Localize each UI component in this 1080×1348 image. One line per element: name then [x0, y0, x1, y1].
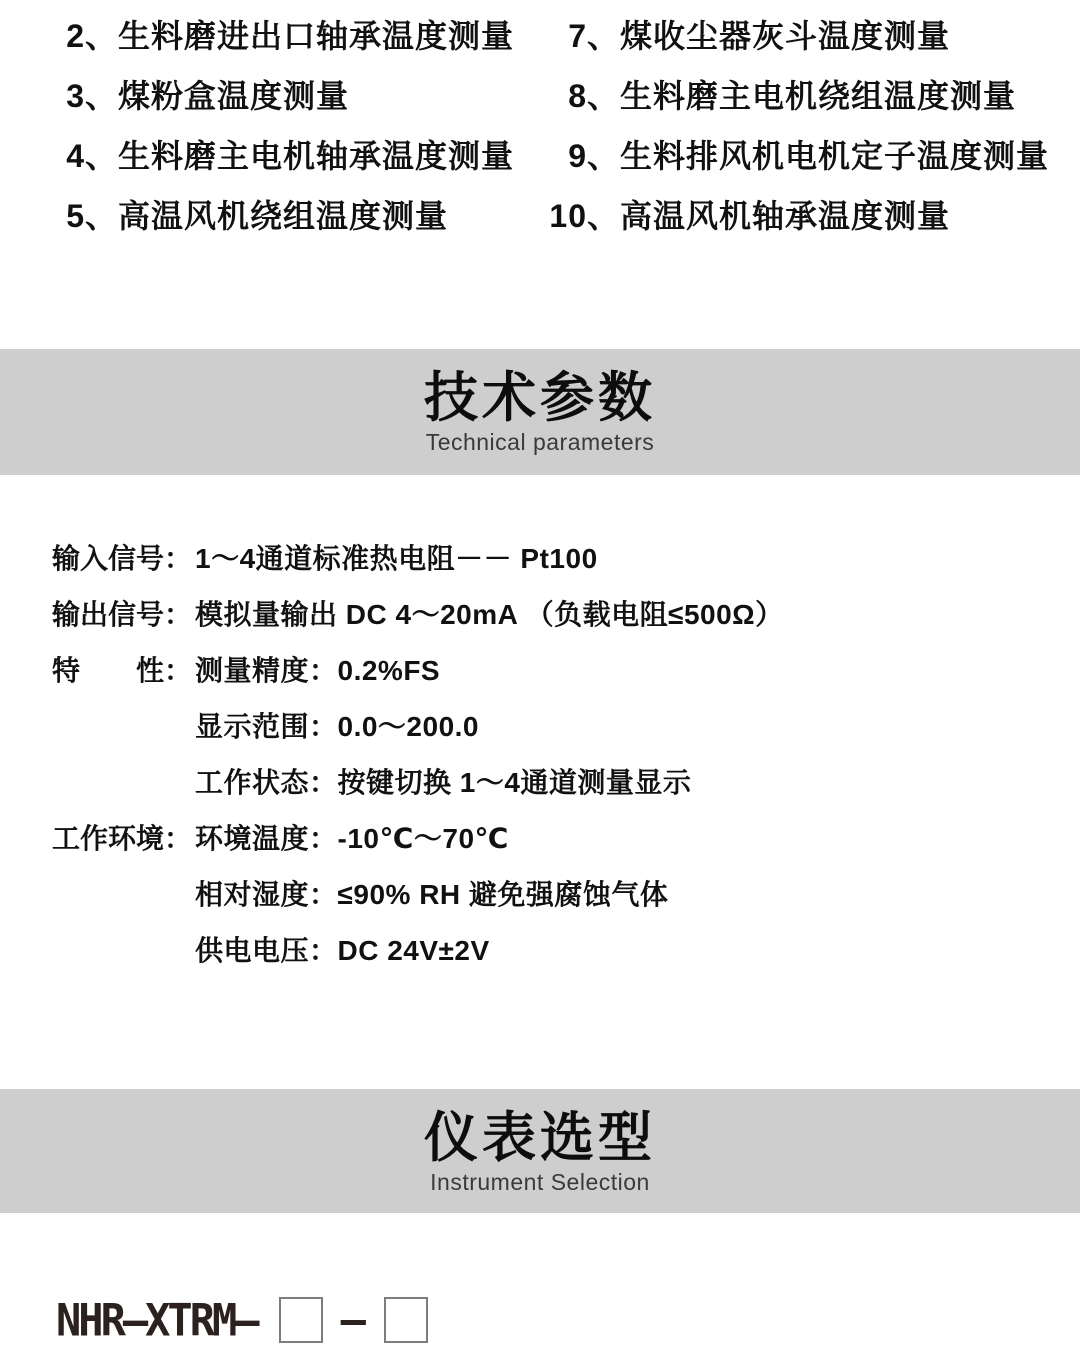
model-prefix: NHR—XTRM—	[56, 1294, 257, 1345]
spec-value: 工作状态：按键切换 1～4通道测量显示	[195, 761, 691, 801]
application-item: 2、 生料磨进出口轴承温度测量	[0, 4, 540, 64]
spec-row: 显示范围：0.0～200.0	[52, 697, 1080, 753]
application-item: 3、 煤粉盒温度测量	[0, 64, 540, 124]
application-item: 5、 高温风机绕组温度测量	[0, 184, 540, 244]
spec-row: 特 性： 测量精度：0.2%FS	[52, 641, 1080, 697]
spec-value: 1～4通道标准热电阻－－ Pt100	[195, 537, 598, 577]
spec-label: 特 性：	[52, 649, 195, 689]
application-item: 7、 煤收尘器灰斗温度测量	[540, 4, 1080, 64]
banner-title: 技术参数	[0, 349, 1080, 425]
spec-value: 供电电压：DC 24V±2V	[195, 929, 490, 969]
spec-value: 测量精度：0.2%FS	[195, 649, 440, 689]
list-item-text: 生料排风机电机定子温度测量	[620, 131, 1049, 177]
list-item-number: 4、	[0, 131, 118, 177]
spec-label: 输入信号：	[52, 537, 195, 577]
list-item-number: 8、	[540, 71, 620, 117]
list-item-text: 高温风机绕组温度测量	[118, 191, 448, 237]
application-item: 9、 生料排风机电机定子温度测量	[540, 124, 1080, 184]
applications-column-left: 2、 生料磨进出口轴承温度测量 3、 煤粉盒温度测量 4、 生料磨主电机轴承温度…	[0, 4, 540, 244]
spec-value: 相对湿度：≤90% RH 避免强腐蚀气体	[195, 873, 668, 913]
list-item-number: 10、	[540, 191, 620, 237]
section-banner-instrument-selection: 仪表选型 Instrument Selection	[0, 1089, 1080, 1213]
spec-row: 输出信号： 模拟量输出 DC 4～20mA （负载电阻≤500Ω）	[52, 585, 1080, 641]
spec-row: 相对湿度：≤90% RH 避免强腐蚀气体	[52, 865, 1080, 921]
list-item-text: 生料磨进出口轴承温度测量	[118, 11, 514, 57]
list-item-text: 煤收尘器灰斗温度测量	[620, 11, 950, 57]
model-code-separator: —	[341, 1299, 366, 1341]
spec-row: 工作环境： 环境温度：-10℃～70℃	[52, 809, 1080, 865]
applications-list: 2、 生料磨进出口轴承温度测量 3、 煤粉盒温度测量 4、 生料磨主电机轴承温度…	[0, 0, 1080, 244]
model-code-box-1	[279, 1297, 323, 1343]
technical-specs-list: 输入信号： 1～4通道标准热电阻－－ Pt100 输出信号： 模拟量输出 DC …	[0, 475, 1080, 977]
application-item: 4、 生料磨主电机轴承温度测量	[0, 124, 540, 184]
banner-subtitle: Technical parameters	[0, 429, 1080, 456]
list-item-text: 高温风机轴承温度测量	[620, 191, 950, 237]
application-item: 8、 生料磨主电机绕组温度测量	[540, 64, 1080, 124]
banner-subtitle: Instrument Selection	[0, 1169, 1080, 1196]
spec-value: 显示范围：0.0～200.0	[195, 705, 479, 745]
spec-value: 模拟量输出 DC 4～20mA （负载电阻≤500Ω）	[195, 593, 784, 633]
list-item-number: 2、	[0, 11, 118, 57]
list-item-number: 5、	[0, 191, 118, 237]
spec-label: 工作环境：	[52, 817, 195, 857]
spec-label: 输出信号：	[52, 593, 195, 633]
list-item-number: 7、	[540, 11, 620, 57]
application-item: 10、 高温风机轴承温度测量	[540, 184, 1080, 244]
applications-column-right: 7、 煤收尘器灰斗温度测量 8、 生料磨主电机绕组温度测量 9、 生料排风机电机…	[540, 4, 1080, 244]
list-item-text: 生料磨主电机绕组温度测量	[620, 71, 1016, 117]
model-code-box-2	[384, 1297, 428, 1343]
list-item-text: 生料磨主电机轴承温度测量	[118, 131, 514, 177]
list-item-number: 9、	[540, 131, 620, 177]
spec-row: 输入信号： 1～4通道标准热电阻－－ Pt100	[52, 529, 1080, 585]
spec-value: 环境温度：-10℃～70℃	[195, 817, 509, 857]
spec-row: 工作状态：按键切换 1～4通道测量显示	[52, 753, 1080, 809]
list-item-text: 煤粉盒温度测量	[118, 71, 349, 117]
spec-row: 供电电压：DC 24V±2V	[52, 921, 1080, 977]
section-banner-technical-parameters: 技术参数 Technical parameters	[0, 349, 1080, 475]
banner-title: 仪表选型	[0, 1089, 1080, 1165]
list-item-number: 3、	[0, 71, 118, 117]
model-code-line: NHR—XTRM— —	[56, 1290, 1080, 1348]
